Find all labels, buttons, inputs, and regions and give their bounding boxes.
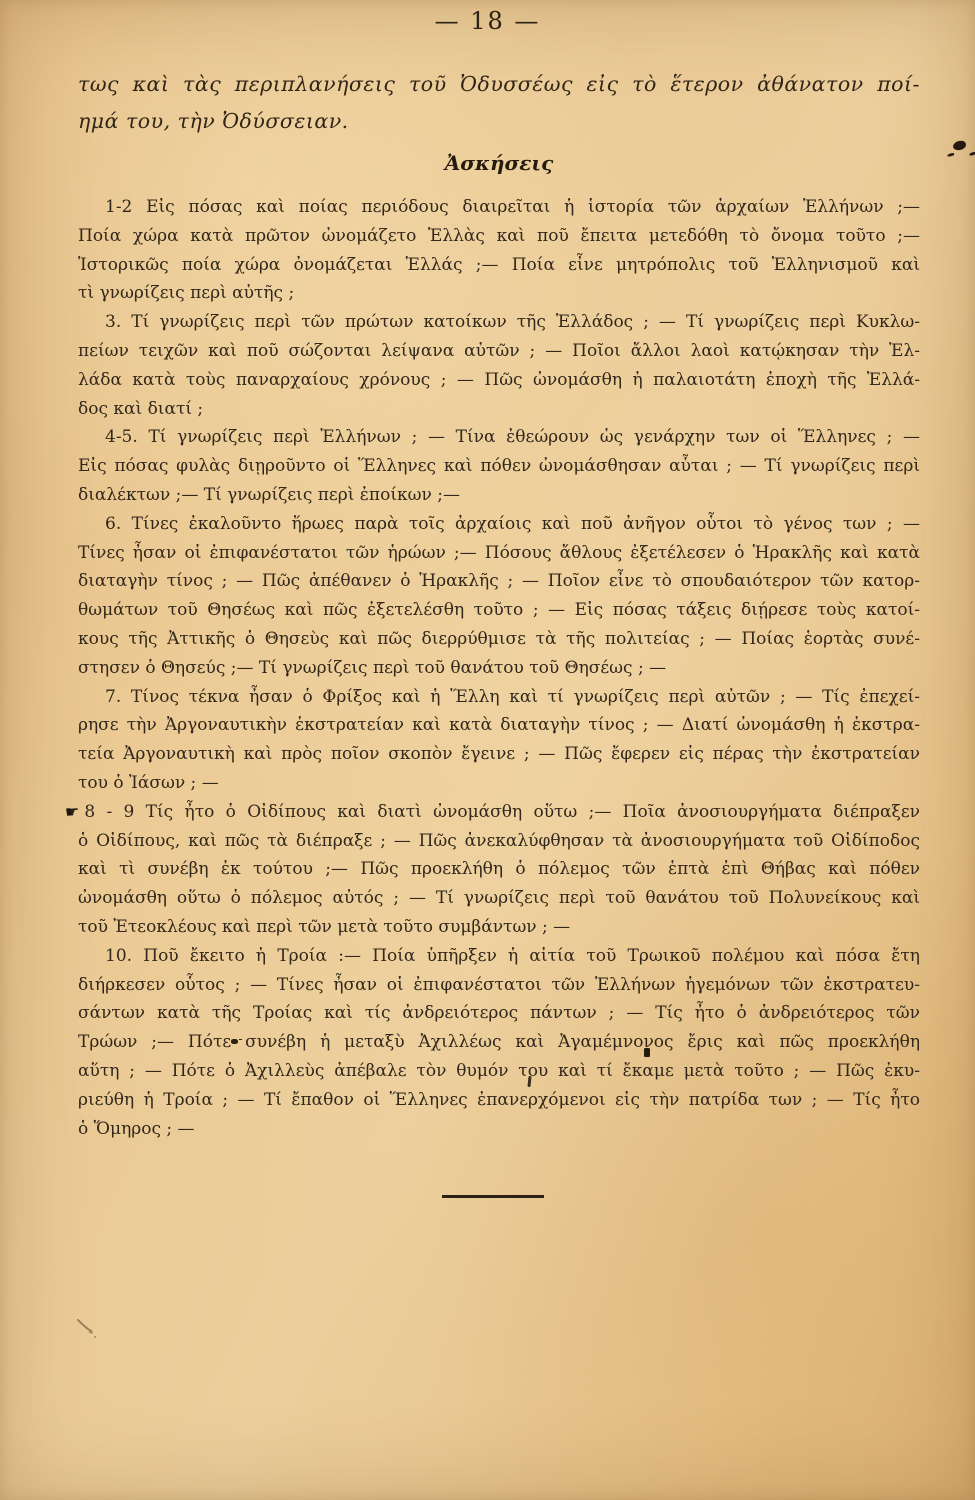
text-line: ὠνομάσθη οὕτω ὁ πόλεμος αὐτός ; — Τί γνω… (78, 884, 920, 913)
manicule-icon: ☛ (64, 797, 85, 827)
ink-speck (231, 1039, 238, 1044)
page-number: — 18 — (0, 6, 975, 36)
text-line: τως καὶ τὰς περιπλανήσεις τοῦ Ὀδυσσέως ε… (78, 66, 920, 103)
exercise-paragraph: 7. Τίνος τέκνα ἦσαν ὁ Φρίξος καὶ ἡ Ἕλλη … (78, 683, 920, 798)
text-line: ὁ Ὅμηρος ; — (78, 1115, 920, 1144)
exercises-heading: Ἀσκήσεις (78, 148, 920, 178)
exercise-paragraph: 10. Ποῦ ἔκειτο ἡ Τροία :— Ποία ὑπῆρξεν ἡ… (78, 942, 920, 1144)
exercise-paragraph: 6. Τίνες ἐκαλοῦντο ἥρωες παρὰ τοῖς ἀρχαί… (78, 510, 920, 683)
exercises: 1-2 Εἰς πόσας καὶ ποίας περιόδους διαιρε… (78, 193, 920, 1143)
text-line: ημά του, τὴν Ὀδύσσειαν. (78, 103, 920, 140)
text-line: πείων τειχῶν καὶ ποῦ σώζονται λείψανα αὐ… (78, 337, 920, 366)
text-line: ρησε τὴν Ἀργοναυτικὴν ἐκστρατείαν καὶ κα… (78, 711, 920, 740)
ink-speck (644, 1048, 650, 1057)
text-line: ☛8 - 9 Τίς ἦτο ὁ Οἰδίπους καὶ διατὶ ὠνομ… (78, 798, 920, 827)
text-line: Τίνες ἦσαν οἱ ἐπιφανέστατοι τῶν ἡρώων ;—… (78, 539, 920, 568)
exercise-paragraph: 3. Τί γνωρίζεις περὶ τῶν πρώτων κατοίκων… (78, 308, 920, 423)
text-line: ὁ Οἰδίπους, καὶ πῶς τὰ διέπραξε ; — Πῶς … (78, 827, 920, 856)
text-line: Εἰς πόσας φυλὰς διῃροῦντο οἱ Ἕλληνες καὶ… (78, 452, 920, 481)
text-line: τοῦ Ἐτεοκλέους καὶ περὶ τῶν μετὰ τοῦτο σ… (78, 913, 920, 942)
text-line: 6. Τίνες ἐκαλοῦντο ἥρωες παρὰ τοῖς ἀρχαί… (78, 510, 920, 539)
text-line: δος καὶ διατί ; (78, 395, 920, 424)
text-line: 7. Τίνος τέκνα ἦσαν ὁ Φρίξος καὶ ἡ Ἕλλη … (78, 683, 920, 712)
text-line: Ἱστορικῶς ποία χώρα ὀνομάζεται Ἑλλάς ;— … (78, 251, 920, 280)
text-line: σάντων κατὰ τῆς Τροίας καὶ τίς ἀνδρειότε… (78, 999, 920, 1028)
text-line: αὕτη ; — Πότε ὁ Ἀχιλλεὺς ἀπέβαλε τὸν θυμ… (78, 1057, 920, 1086)
text-line: διαλέκτων ;— Τί γνωρίζεις περὶ ἐποίκων ;… (78, 481, 920, 510)
text-line: του ὁ Ἰάσων ; — (78, 769, 920, 798)
text-line: στησεν ὁ Θησεύς ;— Τί γνωρίζεις περὶ τοῦ… (78, 654, 920, 683)
text-line: διήρκεσεν οὗτος ; — Τίνες ἦσαν οἱ ἐπιφαν… (78, 971, 920, 1000)
text-line: 10. Ποῦ ἔκειτο ἡ Τροία :— Ποία ὑπῆρξεν ἡ… (78, 942, 920, 971)
text-line: 4-5. Τί γνωρίζεις περὶ Ἑλλήνων ; — Τίνα … (78, 423, 920, 452)
pencil-mark (72, 1316, 102, 1342)
text-line: 3. Τί γνωρίζεις περὶ τῶν πρώτων κατοίκων… (78, 308, 920, 337)
text-line: θωμάτων τοῦ Θησέως καὶ πῶς ἐξετελέσθη το… (78, 596, 920, 625)
exercise-paragraph: 1-2 Εἰς πόσας καὶ ποίας περιόδους διαιρε… (78, 193, 920, 308)
scanned-book-page: — 18 — τως καὶ τὰς περιπλανήσεις τοῦ Ὀδυ… (0, 0, 975, 1500)
text-line: Ποία χώρα κατὰ πρῶτον ὠνομάζετο Ἑλλὰς κα… (78, 222, 920, 251)
text-line: καὶ τὶ συνέβη ἐκ τούτου ;— Πῶς προεκλήθη… (78, 855, 920, 884)
ink-blot (952, 140, 966, 151)
text-line: Τρώων ;— Πότε συνέβη ἡ μεταξὺ Ἀχιλλέως κ… (78, 1028, 920, 1057)
text-line: τεία Ἀργοναυτικὴ καὶ πρὸς ποῖον σκοπὸν ἔ… (78, 740, 920, 769)
text-line: κους τῆς Ἀττικῆς ὁ Θησεὺς καὶ πῶς διερρύ… (78, 625, 920, 654)
intro-paragraph: τως καὶ τὰς περιπλανήσεις τοῦ Ὀδυσσέως ε… (78, 66, 920, 140)
text-line: τὶ γνωρίζεις περὶ αὐτῆς ; (78, 279, 920, 308)
exercise-paragraph: ☛8 - 9 Τίς ἦτο ὁ Οἰδίπους καὶ διατὶ ὠνομ… (78, 798, 920, 942)
text-line: 1-2 Εἰς πόσας καὶ ποίας περιόδους διαιρε… (78, 193, 920, 222)
end-rule-divider (442, 1195, 544, 1198)
text-line: λάδα κατὰ τοὺς παναρχαίους χρόνους ; — Π… (78, 366, 920, 395)
text-line: διαταγὴν τίνος ; — Πῶς ἀπέθανεν ὁ Ἡρακλῆ… (78, 567, 920, 596)
text-line: ριεύθη ἡ Τροία ; — Τί ἔπαθον οἱ Ἕλληνες … (78, 1086, 920, 1115)
exercise-paragraph: 4-5. Τί γνωρίζεις περὶ Ἑλλήνων ; — Τίνα … (78, 423, 920, 509)
